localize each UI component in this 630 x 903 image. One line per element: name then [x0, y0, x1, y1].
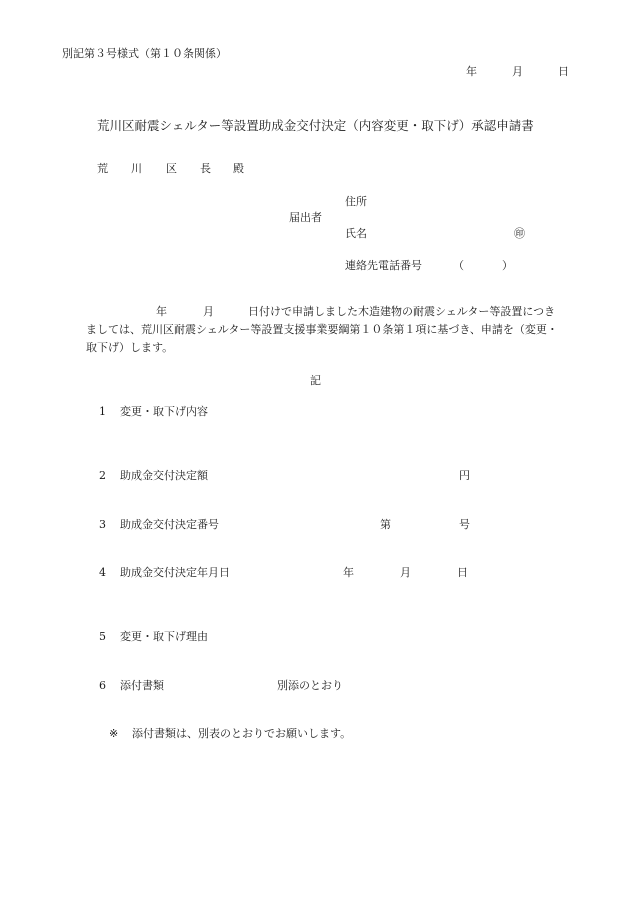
decision-year: 年	[343, 567, 354, 578]
number-suffix: 号	[459, 519, 470, 530]
item-number: 2	[99, 470, 106, 481]
header-date-month: 月	[512, 66, 523, 77]
phone-close-paren: ）	[502, 260, 513, 271]
item-number: 5	[99, 631, 106, 642]
yen-unit: 円	[459, 470, 470, 481]
phone-label: 連絡先電話番号	[345, 260, 422, 271]
item-label: 変更・取下げ内容	[120, 406, 208, 417]
addressee-char: 川	[131, 163, 142, 174]
form-label: 別記第３号様式（第１０条関係）	[62, 48, 227, 59]
item-number: 3	[99, 519, 106, 530]
item-number: 1	[99, 406, 106, 417]
body-line2: ましては、荒川区耐震シェルター等設置支援事業要綱第１０条第１項に基づき、申請を（…	[86, 324, 558, 335]
item-number: 6	[99, 680, 106, 691]
item-number: 4	[99, 567, 106, 578]
applicant-label: 届出者	[289, 212, 322, 223]
item-label: 助成金交付決定番号	[120, 519, 219, 530]
item-label: 添付書類	[120, 680, 164, 691]
addressee-char: 殿	[233, 163, 244, 174]
ki-heading: 記	[310, 375, 321, 386]
addressee-char: 長	[200, 163, 211, 174]
body-line3: 取下げ）します。	[86, 342, 173, 353]
address-label: 住所	[345, 196, 367, 207]
decision-month: 月	[400, 567, 411, 578]
number-prefix: 第	[380, 519, 391, 530]
reference-mark: ※	[109, 728, 118, 739]
seal-mark: ㊞	[514, 228, 525, 239]
note-text: 添付書類は、別表のとおりでお願いします。	[132, 728, 351, 739]
addressee-char: 区	[166, 163, 177, 174]
attachment-value: 別添のとおり	[277, 680, 343, 691]
header-date-day: 日	[558, 66, 569, 77]
item-label: 助成金交付決定年月日	[120, 567, 230, 578]
addressee-char: 荒	[97, 163, 108, 174]
name-label: 氏名	[345, 228, 367, 239]
body-line1: 日付けで申請しました木造建物の耐震シェルター等設置につき	[248, 306, 555, 317]
item-label: 変更・取下げ理由	[120, 631, 208, 642]
body-month: 月	[203, 306, 214, 317]
document-title: 荒川区耐震シェルター等設置助成金交付決定（内容変更・取下げ）承認申請書	[97, 120, 534, 133]
item-label: 助成金交付決定額	[120, 470, 208, 481]
phone-open-paren: （	[453, 260, 464, 271]
body-year: 年	[156, 306, 167, 317]
decision-day: 日	[457, 567, 468, 578]
header-date-year: 年	[466, 66, 477, 77]
